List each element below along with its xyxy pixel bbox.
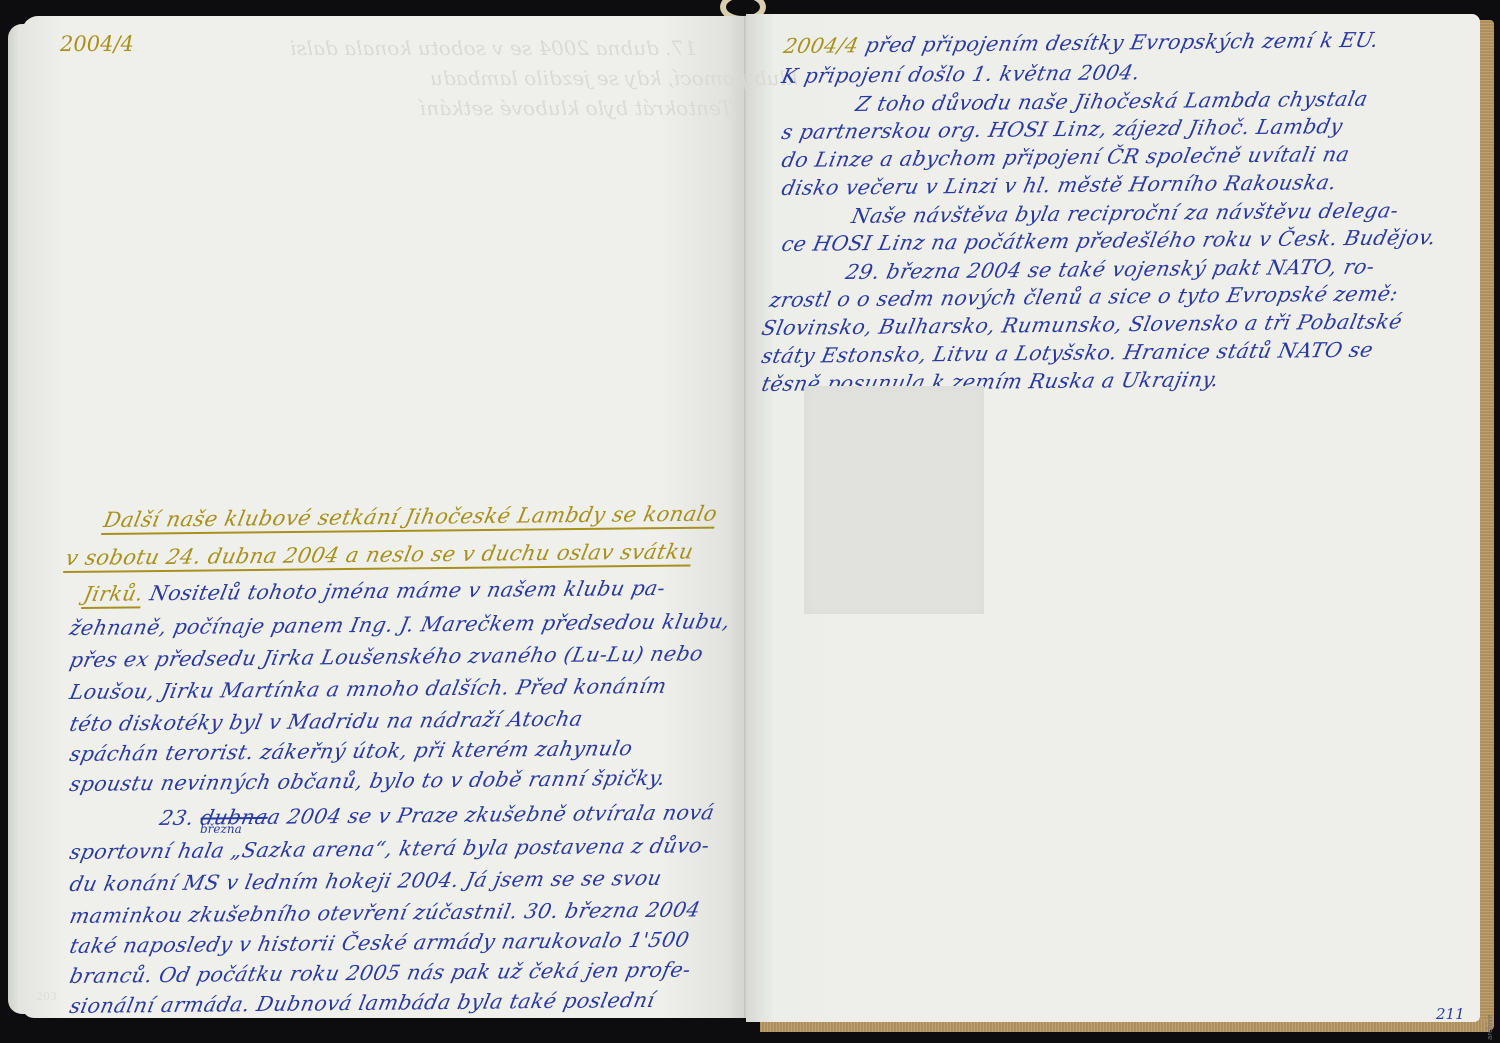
faint-mark: 203 <box>36 990 57 1003</box>
archive-watermark: archive <box>1486 945 1498 1040</box>
bleed-through-text: 17. dubna 2004 se v sobotu konala dalsi <box>290 36 697 60</box>
removed-photo-area <box>804 386 984 614</box>
correction-note: března <box>200 822 242 836</box>
bleed-through-text: Tentokrát bylo klubové setkání <box>420 96 733 120</box>
notebook-spread: 2004/4 17. dubna 2004 se v sobotu konala… <box>0 0 1500 1043</box>
left-page-date: 2004/4 <box>60 32 134 56</box>
para2-rest: a 2004 se v Praze zkušebně otvírala nová <box>265 800 716 829</box>
body-line: K připojení došlo 1. května 2004. <box>780 60 1143 88</box>
para2-day: 23. <box>158 806 204 830</box>
cloth-cover-edge <box>1478 20 1494 1030</box>
bleed-through-text: klub pomocí, kdy se jezdilo lambadu <box>430 66 798 90</box>
heading-name-jirku: Jirků. <box>82 581 146 606</box>
page-number: 211 <box>1436 1005 1465 1023</box>
right-page-date: 2004/4 <box>782 33 862 58</box>
